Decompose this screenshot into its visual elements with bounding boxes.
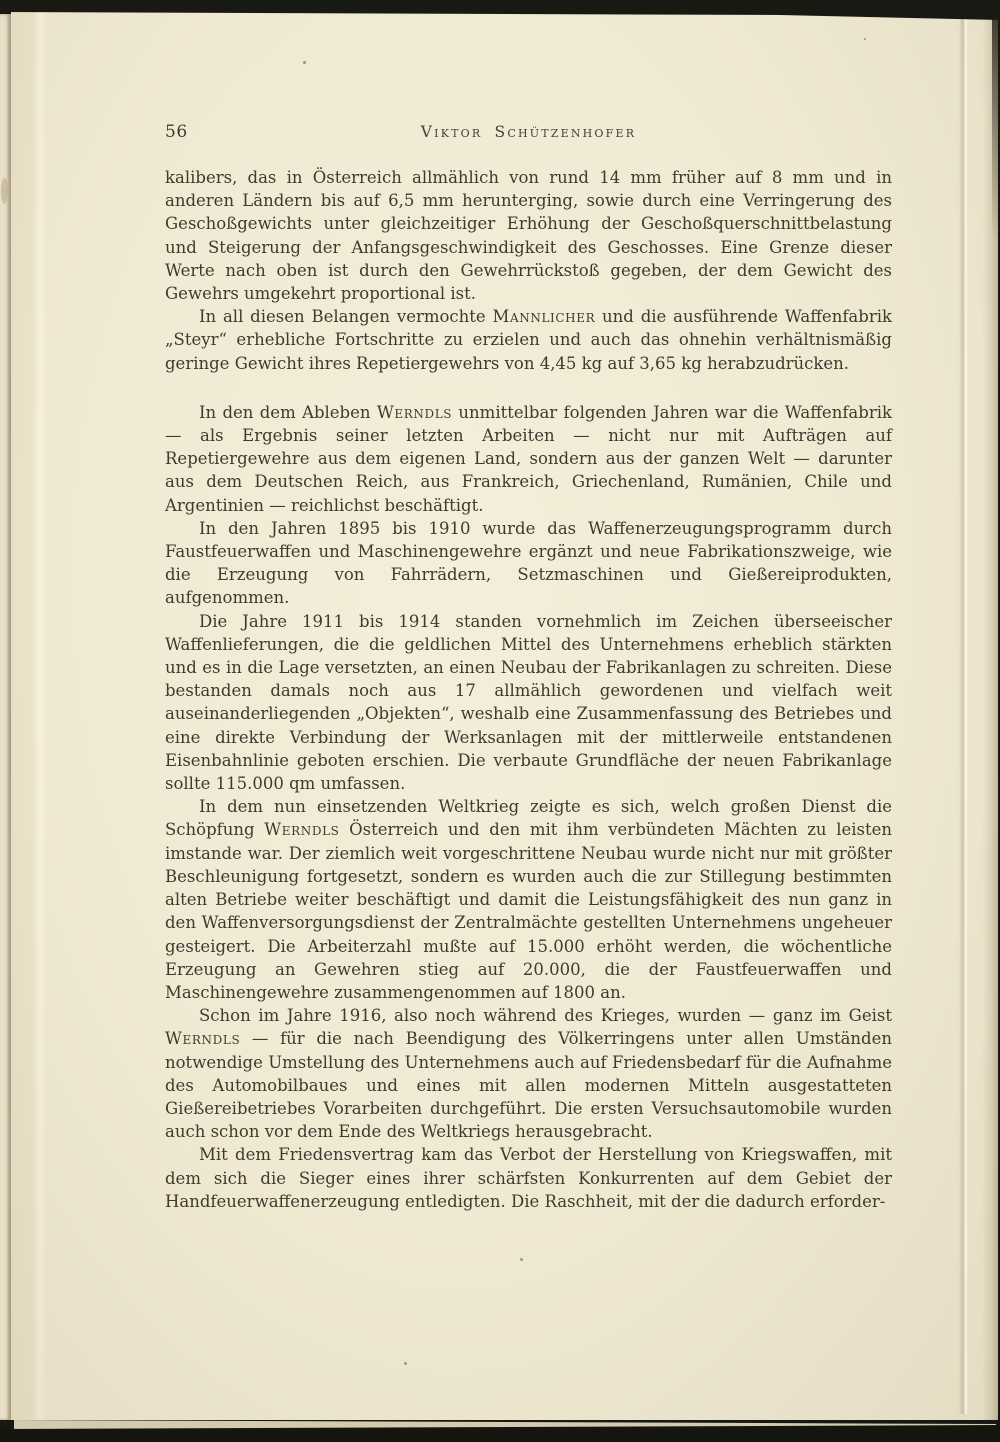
paragraph: In dem nun einsetzenden Weltkrieg zeigte… [165, 795, 892, 1004]
smallcaps-name: Mannlicher [493, 307, 596, 326]
smallcaps-name: Werndls [377, 403, 452, 422]
paragraph: In den Jahren 1895 bis 1910 wurde das Wa… [165, 517, 892, 610]
paragraph: Die Jahre 1911 bis 1914 standen vornehml… [165, 610, 892, 796]
page-header: 56 Viktor Schützenhofer [165, 122, 892, 144]
page-right-edge-dark-top [992, 12, 998, 242]
book-page: 56 Viktor Schützenhofer kalibers, das in… [11, 12, 998, 1420]
paragraph: In den dem Ableben Werndls unmittelbar f… [165, 401, 892, 517]
smallcaps-name: Werndls [165, 1029, 240, 1048]
paragraph: Mit dem Friedensvertrag kam das Verbot d… [165, 1143, 892, 1213]
paragraph: In all diesen Belangen vermochte Mannlic… [165, 305, 892, 375]
book-scan: 56 Viktor Schützenhofer kalibers, das in… [0, 0, 1000, 1442]
paragraph: kalibers, das in Österreich allmählich v… [165, 166, 892, 305]
paragraph: Schon im Jahre 1916, also noch während d… [165, 1004, 892, 1143]
smallcaps-name: Werndls [264, 820, 339, 839]
page-number: 56 [165, 122, 188, 142]
printed-text-area: 56 Viktor Schützenhofer kalibers, das in… [165, 122, 892, 1213]
body-text: kalibers, das in Österreich allmählich v… [165, 166, 892, 1213]
running-title: Viktor Schützenhofer [421, 123, 636, 141]
page-stack-edge-left [0, 14, 11, 1420]
gutter-fold-line [959, 18, 968, 1414]
